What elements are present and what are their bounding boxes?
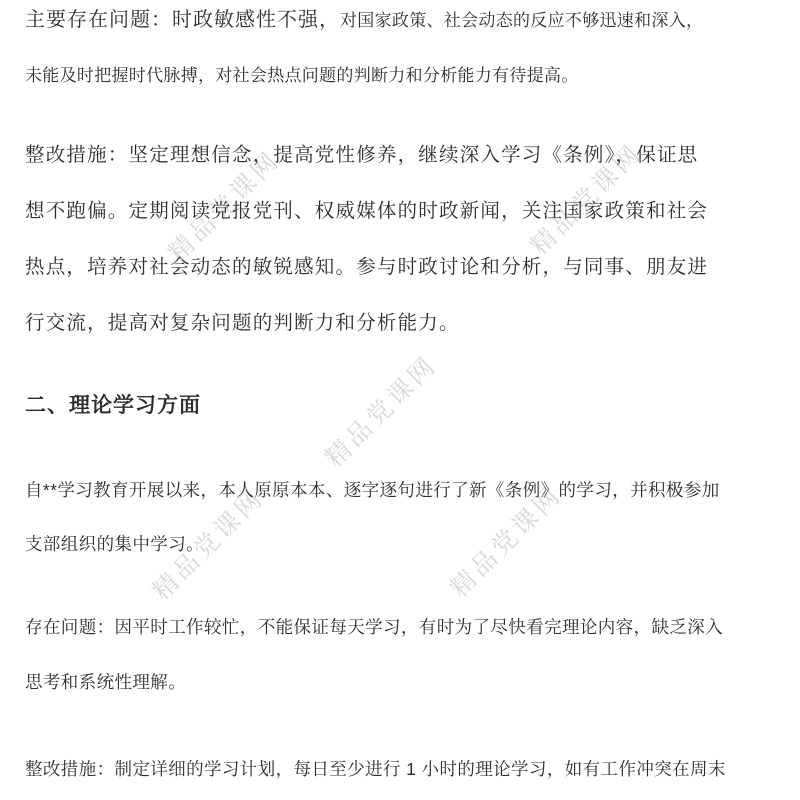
document-page: 精品党课网精品党课网精品党课网精品党课网精品党课网 主要存在问题：时政敏感性不强… (0, 0, 800, 800)
text-line: 支部组织的集中学习。 (25, 517, 777, 571)
text-line: 未能及时把握时代脉搏，对社会热点问题的判断力和分析能力有待提高。 (25, 49, 777, 103)
section-heading-theory-study: 二、理论学习方面 (25, 388, 777, 424)
paragraph-study-overview: 自**学习教育开展以来，本人原原本本、逐字逐句进行了新《条例》的学习，并积极参加… (25, 463, 777, 571)
main-issues-detail: 对国家政策、社会动态的反应不够迅速和深入， (340, 11, 703, 30)
paragraph-main-issues: 主要存在问题：时政敏感性不强，对国家政策、社会动态的反应不够迅速和深入， 未能及… (25, 0, 777, 103)
text-line: 整改措施：制定详细的学习计划，每日至少进行 1 小时的理论学习，如有工作冲突在周… (25, 742, 777, 797)
text-line: 存在问题：因平时工作较忙，不能保证每天学习，有时为了尽快看完理论内容，缺乏深入 (25, 600, 777, 655)
text-line: 思考和系统性理解。 (25, 655, 777, 710)
text-line: 想不跑偏。定期阅读党报党刊、权威媒体的时政新闻，关注国家政策和社会 (25, 183, 777, 239)
text-line: 热点，培养对社会动态的敏锐感知。参与时政讨论和分析，与同事、朋友进 (25, 239, 777, 295)
paragraph-rectification-measures-2: 整改措施：制定详细的学习计划，每日至少进行 1 小时的理论学习，如有工作冲突在周… (25, 742, 777, 797)
paragraph-existing-problems: 存在问题：因平时工作较忙，不能保证每天学习，有时为了尽快看完理论内容，缺乏深入 … (25, 600, 777, 710)
text-line: 主要存在问题：时政敏感性不强，对国家政策、社会动态的反应不够迅速和深入， (25, 0, 777, 49)
main-issues-lead: 主要存在问题：时政敏感性不强， (25, 9, 340, 31)
text-line: 整改措施：坚定理想信念，提高党性修养，继续深入学习《条例》，保证思 (25, 127, 777, 183)
text-line: 行交流，提高对复杂问题的判断力和分析能力。 (25, 295, 777, 351)
text-line: 自**学习教育开展以来，本人原原本本、逐字逐句进行了新《条例》的学习，并积极参加 (25, 463, 777, 517)
document-content: 主要存在问题：时政敏感性不强，对国家政策、社会动态的反应不够迅速和深入， 未能及… (0, 0, 800, 800)
paragraph-rectification-measures-1: 整改措施：坚定理想信念，提高党性修养，继续深入学习《条例》，保证思 想不跑偏。定… (25, 127, 777, 351)
heading-text: 二、理论学习方面 (25, 388, 777, 424)
